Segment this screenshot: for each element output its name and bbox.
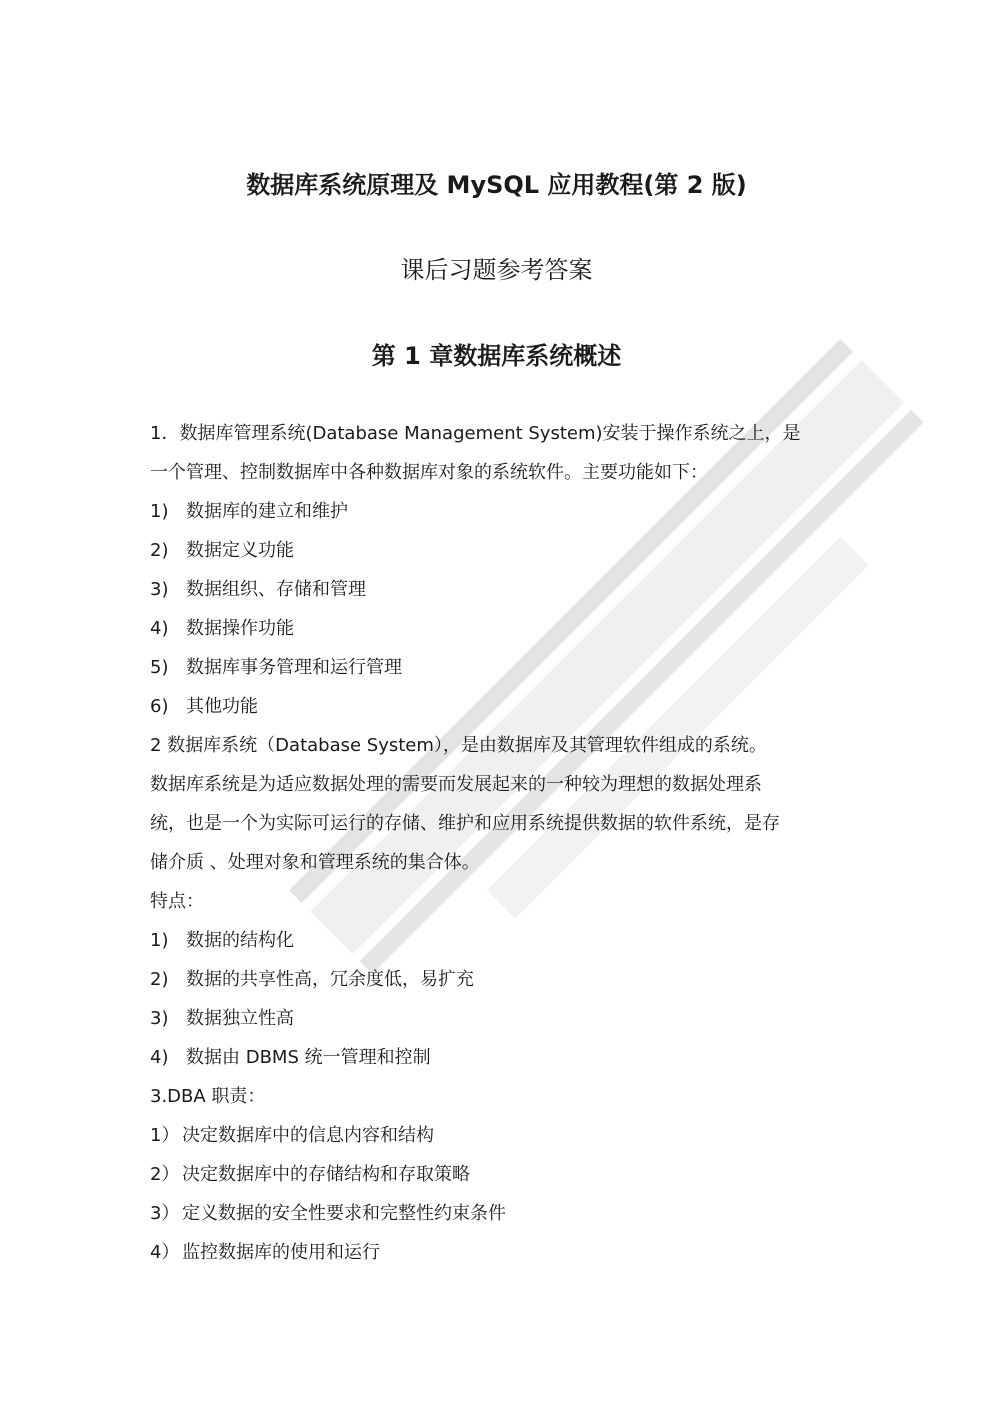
item-text: 数据定义功能 xyxy=(186,540,294,561)
item-number: 1) xyxy=(150,921,186,960)
item-number: 4) xyxy=(150,609,186,648)
item-text: 数据库的建立和维护 xyxy=(186,501,348,522)
list-item: 1）决定数据库中的信息内容和结构 xyxy=(150,1116,845,1155)
section3-heading: 3.DBA 职责： xyxy=(150,1077,845,1116)
item-number: 5) xyxy=(150,648,186,687)
item-text: 决定数据库中的信息内容和结构 xyxy=(182,1125,434,1146)
section2-line4: 储介质 、处理对象和管理系统的集合体。 xyxy=(150,843,845,882)
list-item: 4）监控数据库的使用和运行 xyxy=(150,1233,845,1272)
list-item: 4)数据操作功能 xyxy=(150,609,845,648)
list-item: 3)数据组织、存储和管理 xyxy=(150,570,845,609)
item-text: 数据库事务管理和运行管理 xyxy=(186,657,402,678)
list-item: 2)数据定义功能 xyxy=(150,531,845,570)
list-item: 2)数据的共享性高，冗余度低，易扩充 xyxy=(150,960,845,999)
document-subtitle: 课后习题参考答案 xyxy=(0,250,993,285)
document-body: 1．数据库管理系统(Database Management System)安装于… xyxy=(150,414,845,1272)
list-item: 3)数据独立性高 xyxy=(150,999,845,1038)
item-text: 定义数据的安全性要求和完整性约束条件 xyxy=(182,1203,506,1224)
item-number: 2) xyxy=(150,531,186,570)
section1-intro-line2: 一个管理、控制数据库中各种数据库对象的系统软件。主要功能如下： xyxy=(150,453,845,492)
item-text: 其他功能 xyxy=(186,696,258,717)
item-number: 1) xyxy=(150,492,186,531)
list-item: 5)数据库事务管理和运行管理 xyxy=(150,648,845,687)
item-number: 6) xyxy=(150,687,186,726)
item-number: 3) xyxy=(150,570,186,609)
item-text: 数据操作功能 xyxy=(186,618,294,639)
item-number: 3) xyxy=(150,999,186,1038)
item-text: 决定数据库中的存储结构和存取策略 xyxy=(182,1164,470,1185)
section2-line1: 2 数据库系统（Database System），是由数据库及其管理软件组成的系… xyxy=(150,726,845,765)
item-number: 1） xyxy=(150,1116,182,1155)
document-title: 数据库系统原理及 MySQL 应用教程(第 2 版) xyxy=(0,165,993,200)
item-text: 数据组织、存储和管理 xyxy=(186,579,366,600)
item-number: 4) xyxy=(150,1038,186,1077)
section2-line2: 数据库系统是为适应数据处理的需要而发展起来的一种较为理想的数据处理系 xyxy=(150,765,845,804)
section1-intro-line1: 1．数据库管理系统(Database Management System)安装于… xyxy=(150,414,845,453)
list-item: 6)其他功能 xyxy=(150,687,845,726)
list-item: 3）定义数据的安全性要求和完整性约束条件 xyxy=(150,1194,845,1233)
list-item: 1)数据的结构化 xyxy=(150,921,845,960)
item-text: 数据独立性高 xyxy=(186,1008,294,1029)
features-label: 特点： xyxy=(150,882,845,921)
item-text: 数据由 DBMS 统一管理和控制 xyxy=(186,1047,431,1068)
item-number: 2） xyxy=(150,1155,182,1194)
list-item: 1)数据库的建立和维护 xyxy=(150,492,845,531)
list-item: 2）决定数据库中的存储结构和存取策略 xyxy=(150,1155,845,1194)
chapter-title: 第 1 章数据库系统概述 xyxy=(0,336,993,371)
item-number: 2) xyxy=(150,960,186,999)
item-text: 数据的结构化 xyxy=(186,930,294,951)
section2-line3: 统，也是一个为实际可运行的存储、维护和应用系统提供数据的软件系统，是存 xyxy=(150,804,845,843)
list-item: 4)数据由 DBMS 统一管理和控制 xyxy=(150,1038,845,1077)
item-text: 监控数据库的使用和运行 xyxy=(182,1242,380,1263)
item-text: 数据的共享性高，冗余度低，易扩充 xyxy=(186,969,474,990)
item-number: 3） xyxy=(150,1194,182,1233)
item-number: 4） xyxy=(150,1233,182,1272)
